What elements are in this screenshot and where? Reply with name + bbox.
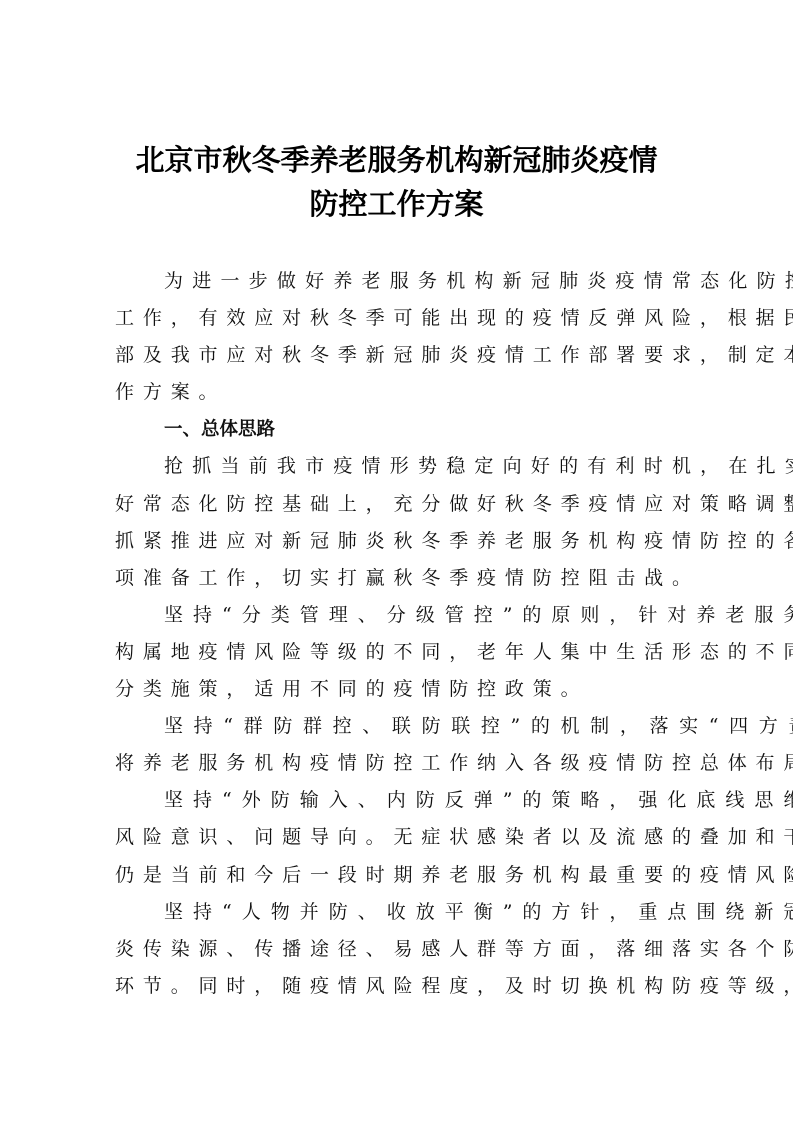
- text-line: 坚持“外防输入、内防反弹”的策略，强化底线思维、: [115, 782, 677, 819]
- text-line: 为进一步做好养老服务机构新冠肺炎疫情常态化防控: [115, 263, 677, 300]
- paragraph-classification: 坚持“分类管理、分级管控”的原则，针对养老服务机 构属地疫情风险等级的不同，老年…: [115, 597, 677, 708]
- text-line-content: 坚持“外防输入、内防反弹”的策略，强化底线思维、: [164, 782, 793, 819]
- text-line-content: 风险意识、问题导向。无症状感染者以及流感的叠加和干扰，: [115, 819, 793, 856]
- text-line: 抓紧推进应对新冠肺炎秋冬季养老服务机构疫情防控的各: [115, 523, 677, 560]
- text-line: 仍是当前和今后一段时期养老服务机构最重要的疫情风险。: [115, 857, 677, 894]
- text-line: 构属地疫情风险等级的不同，老年人集中生活形态的不同，: [115, 634, 677, 671]
- section-heading: 一、总体思路: [115, 411, 677, 448]
- paragraph-mechanism: 坚持“群防群控、联防联控”的机制，落实“四方责任”， 将养老服务机构疫情防控工作…: [115, 708, 677, 782]
- text-line: 部及我市应对秋冬季新冠肺炎疫情工作部署要求，制定本工: [115, 337, 677, 374]
- text-line: 工作，有效应对秋冬季可能出现的疫情反弹风险，根据民政: [115, 300, 677, 337]
- heading-line: 一、总体思路: [115, 411, 677, 448]
- text-line: 项准备工作，切实打赢秋冬季疫情防控阻击战。: [115, 560, 677, 597]
- document-title-line-1: 北京市秋冬季养老服务机构新冠肺炎疫情: [0, 138, 793, 182]
- text-line: 作方案。: [115, 374, 677, 411]
- text-line-content: 工作，有效应对秋冬季可能出现的疫情反弹风险，根据民政: [115, 300, 793, 337]
- text-line-content: 炎传染源、传播途径、易感人群等方面，落细落实各个防控: [115, 931, 793, 968]
- text-line: 环节。同时，随疫情风险程度，及时切换机构防疫等级，做: [115, 968, 677, 1005]
- text-line-content: 环节。同时，随疫情风险程度，及时切换机构防疫等级，做: [115, 968, 793, 1005]
- text-line-content: 抓紧推进应对新冠肺炎秋冬季养老服务机构疫情防控的各: [115, 523, 793, 560]
- paragraph-overview: 抢抓当前我市疫情形势稳定向好的有利时机，在扎实做 好常态化防控基础上，充分做好秋…: [115, 448, 677, 596]
- text-line-content: 项准备工作，切实打赢秋冬季疫情防控阻击战。: [115, 560, 700, 597]
- section-heading-text: 一、总体思路: [164, 411, 275, 448]
- paragraph-policy: 坚持“人物并防、收放平衡”的方针，重点围绕新冠肺 炎传染源、传播途径、易感人群等…: [115, 894, 677, 1005]
- text-line-content: 坚持“分类管理、分级管控”的原则，针对养老服务机: [164, 597, 793, 634]
- text-line: 风险意识、问题导向。无症状感染者以及流感的叠加和干扰，: [115, 819, 677, 856]
- text-line: 坚持“人物并防、收放平衡”的方针，重点围绕新冠肺: [115, 894, 677, 931]
- text-line-content: 仍是当前和今后一段时期养老服务机构最重要的疫情风险。: [115, 857, 793, 894]
- text-line: 分类施策，适用不同的疫情防控政策。: [115, 671, 677, 708]
- document-page: 北京市秋冬季养老服务机构新冠肺炎疫情 防控工作方案 为进一步做好养老服务机构新冠…: [0, 0, 793, 1122]
- text-line-content: 抢抓当前我市疫情形势稳定向好的有利时机，在扎实做: [164, 448, 793, 485]
- text-line-content: 作方案。: [115, 374, 226, 411]
- text-line: 抢抓当前我市疫情形势稳定向好的有利时机，在扎实做: [115, 448, 677, 485]
- text-line: 炎传染源、传播途径、易感人群等方面，落细落实各个防控: [115, 931, 677, 968]
- paragraph-strategy: 坚持“外防输入、内防反弹”的策略，强化底线思维、 风险意识、问题导向。无症状感染…: [115, 782, 677, 893]
- text-line-content: 坚持“人物并防、收放平衡”的方针，重点围绕新冠肺: [164, 894, 793, 931]
- text-line: 将养老服务机构疫情防控工作纳入各级疫情防控总体布局。: [115, 745, 677, 782]
- text-line: 坚持“分类管理、分级管控”的原则，针对养老服务机: [115, 597, 677, 634]
- text-line-content: 部及我市应对秋冬季新冠肺炎疫情工作部署要求，制定本工: [115, 337, 793, 374]
- text-line-content: 坚持“群防群控、联防联控”的机制，落实“四方责任”，: [164, 708, 793, 745]
- text-line-content: 为进一步做好养老服务机构新冠肺炎疫情常态化防控: [164, 263, 793, 300]
- text-line: 坚持“群防群控、联防联控”的机制，落实“四方责任”，: [115, 708, 677, 745]
- text-line-content: 分类施策，适用不同的疫情防控政策。: [115, 671, 588, 708]
- text-line-content: 将养老服务机构疫情防控工作纳入各级疫情防控总体布局。: [115, 745, 793, 782]
- document-title-line-2: 防控工作方案: [0, 182, 793, 226]
- text-line-content: 构属地疫情风险等级的不同，老年人集中生活形态的不同，: [115, 634, 793, 671]
- text-line-content: 好常态化防控基础上，充分做好秋冬季疫情应对策略调整，: [115, 486, 793, 523]
- paragraph-intro: 为进一步做好养老服务机构新冠肺炎疫情常态化防控 工作，有效应对秋冬季可能出现的疫…: [115, 263, 677, 411]
- text-line: 好常态化防控基础上，充分做好秋冬季疫情应对策略调整，: [115, 486, 677, 523]
- document-body: 为进一步做好养老服务机构新冠肺炎疫情常态化防控 工作，有效应对秋冬季可能出现的疫…: [115, 263, 677, 1005]
